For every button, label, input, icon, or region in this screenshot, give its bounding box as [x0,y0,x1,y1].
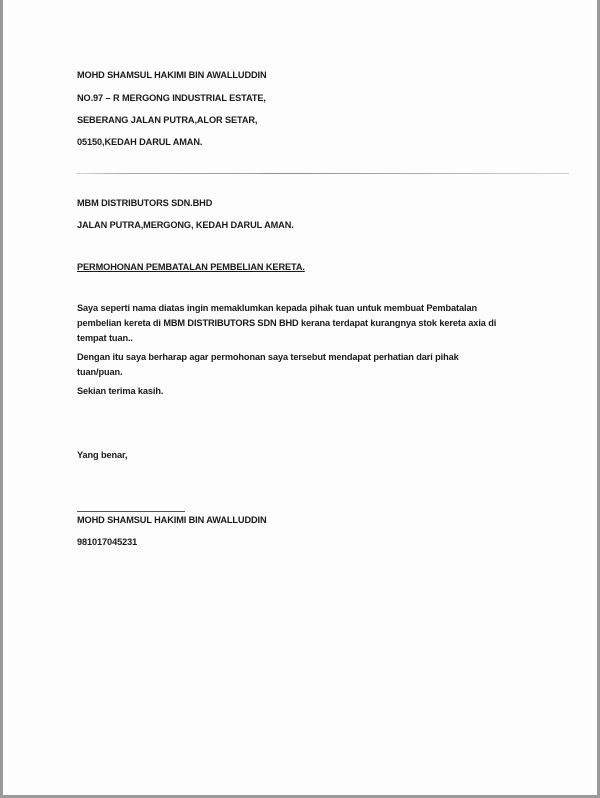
body-paragraph-3: Sekian terima kasih. [77,386,163,396]
sender-address-line-1: NO.97 – R MERGONG INDUSTRIAL ESTATE, [77,93,266,103]
body-paragraph-2-line-1: Dengan itu saya berharap agar permohonan… [77,352,459,362]
header-divider [76,173,569,174]
sender-address-line-2: SEBERANG JALAN PUTRA,ALOR SETAR, [77,115,257,125]
signatory-name: MOHD SHAMSUL HAKIMI BIN AWALLUDDIN [77,515,267,525]
body-paragraph-1-line-1: Saya seperti nama diatas ingin memaklumk… [77,303,477,313]
recipient-address: JALAN PUTRA,MERGONG, KEDAH DARUL AMAN. [77,220,294,230]
sender-address-line-3: 05150,KEDAH DARUL AMAN. [77,137,202,147]
letter-subject: PERMOHONAN PEMBATALAN PEMBELIAN KERETA. [77,262,305,272]
body-paragraph-1-line-2: pembelian kereta di MBM DISTRIBUTORS SDN… [77,318,496,328]
signatory-ic-number: 981017045231 [77,537,137,547]
closing-salutation: Yang benar, [77,450,127,460]
body-paragraph-1-line-3: tempat tuan.. [77,333,133,343]
signature-line [77,511,185,512]
body-paragraph-2-line-2: tuan/puan. [77,367,122,377]
letter-page: MOHD SHAMSUL HAKIMI BIN AWALLUDDIN NO.97… [0,0,600,798]
recipient-name: MBM DISTRIBUTORS SDN.BHD [77,198,212,208]
sender-name: MOHD SHAMSUL HAKIMI BIN AWALLUDDIN [77,70,267,80]
